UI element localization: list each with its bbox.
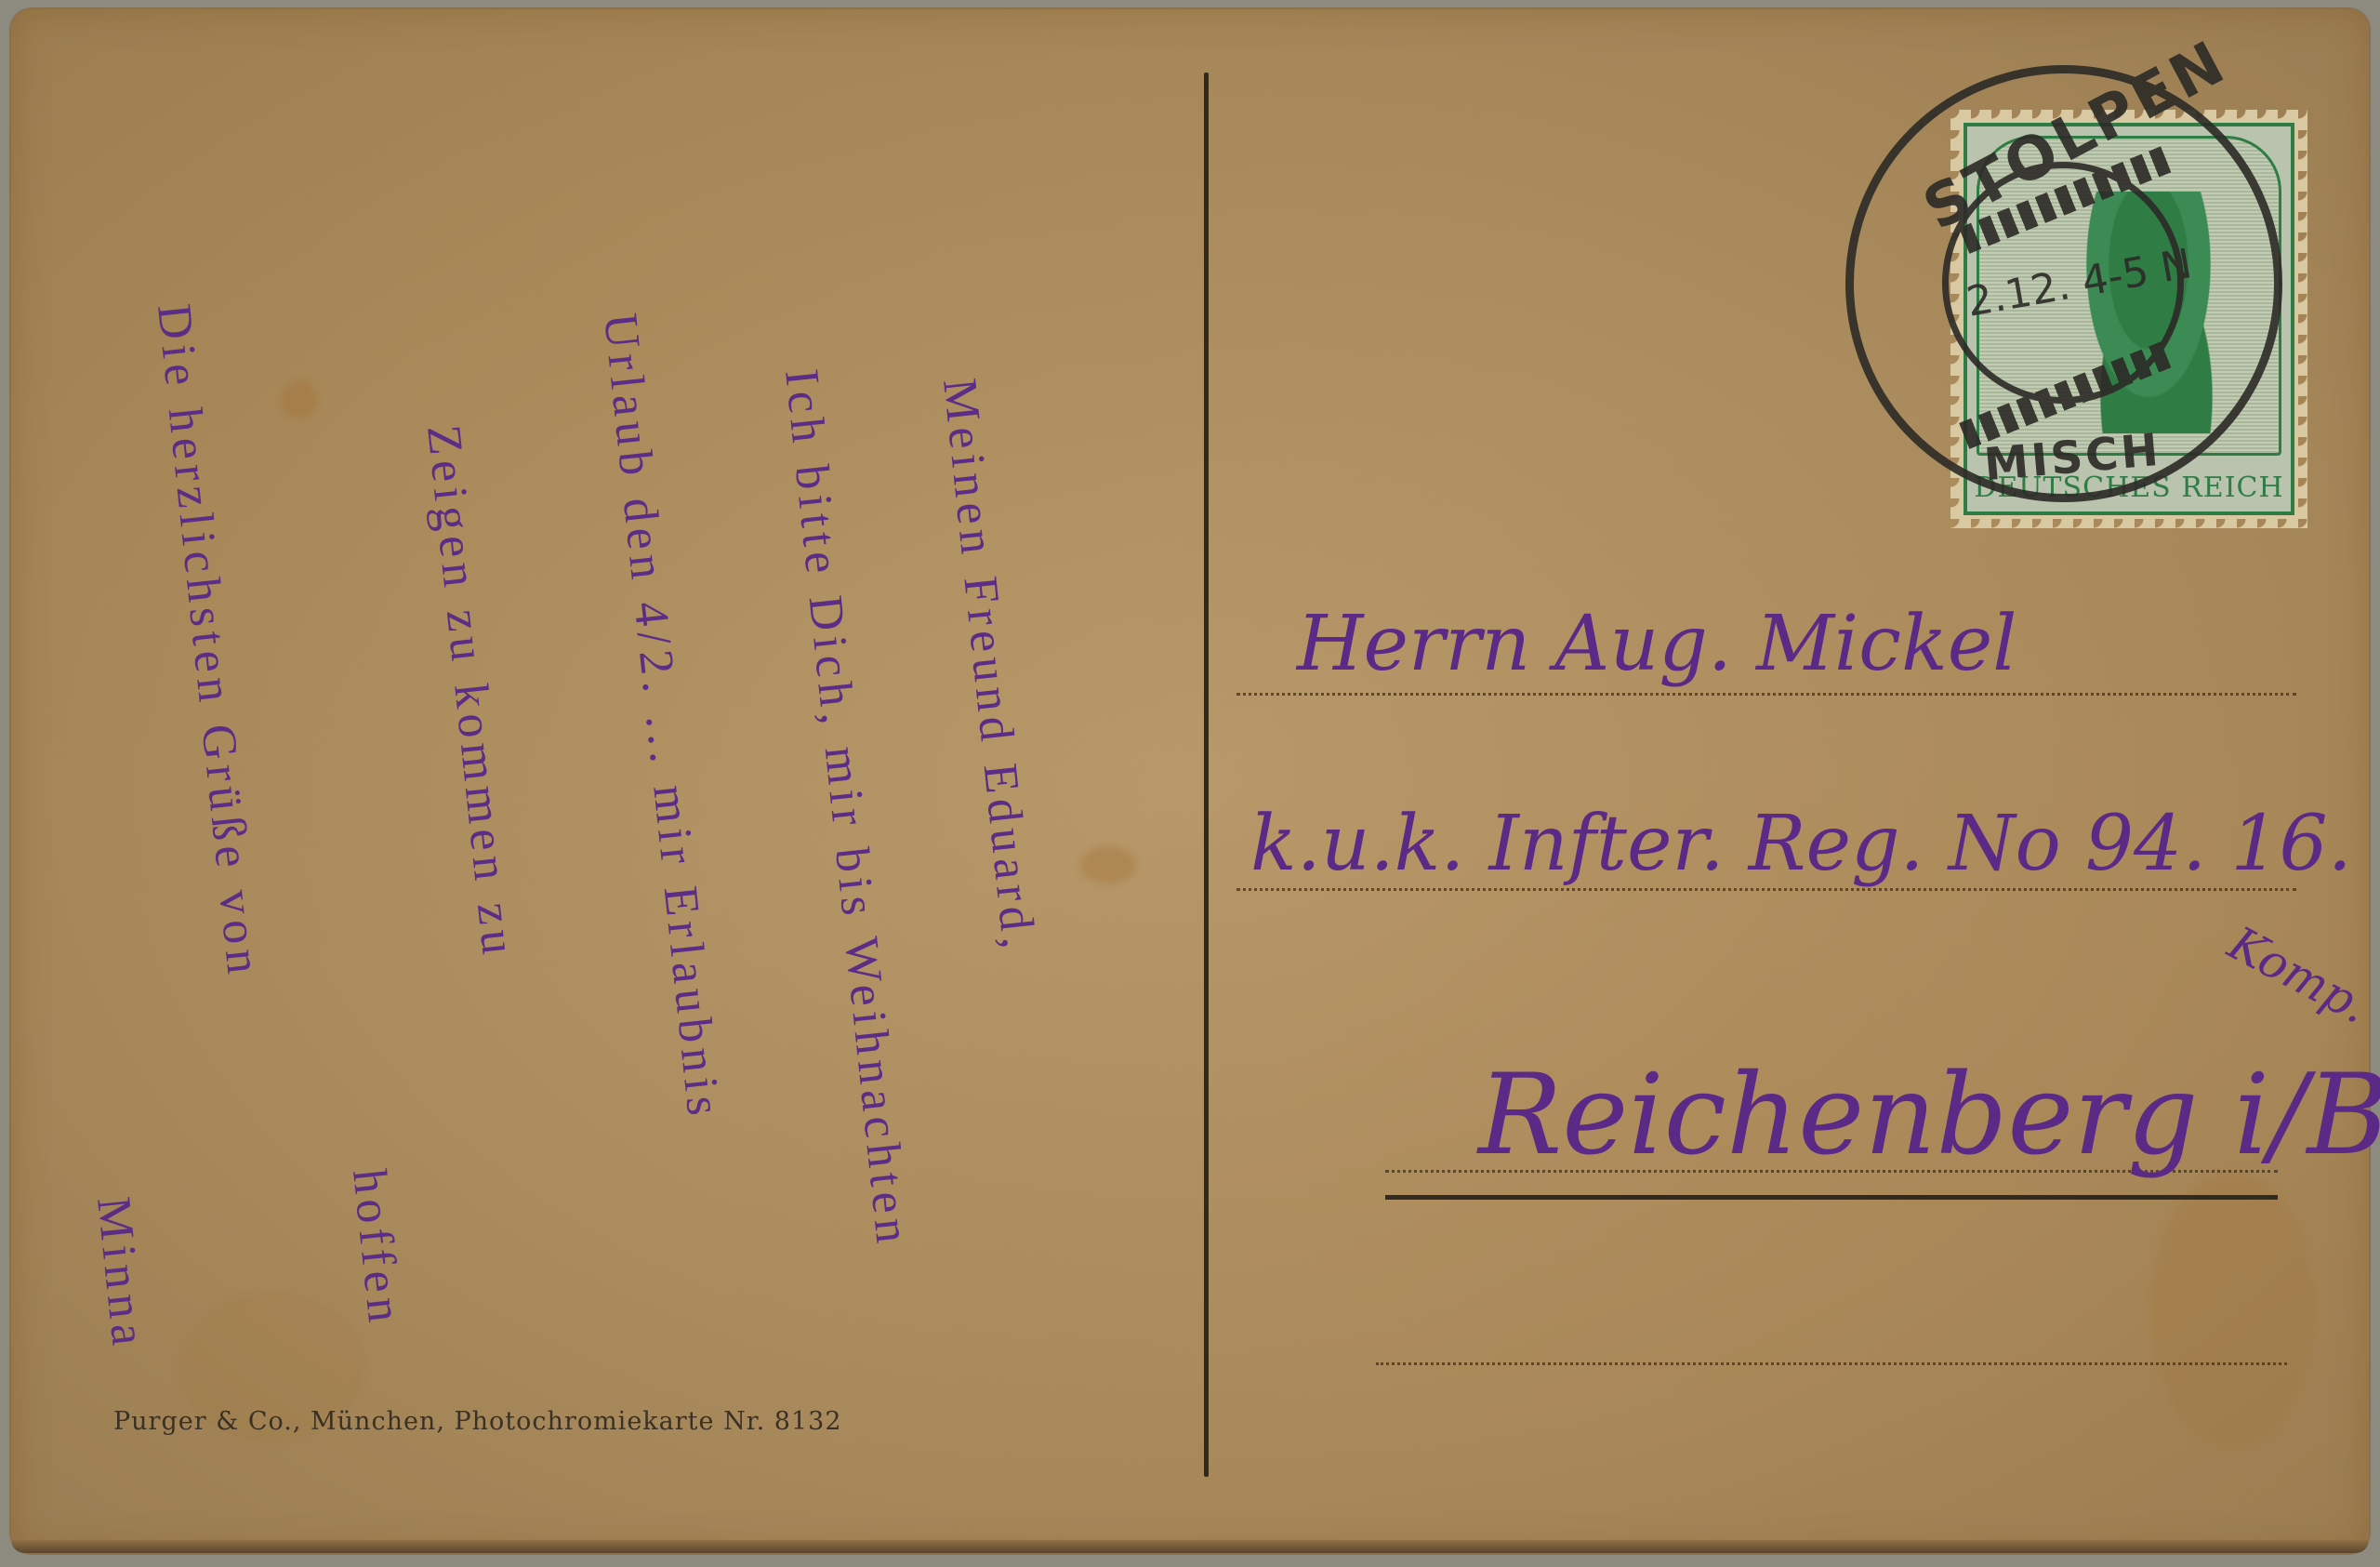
address-line-2-dots <box>1236 888 2296 891</box>
postmark-bottom-text: MISCH <box>1982 424 2163 491</box>
age-stain <box>2149 1172 2317 1451</box>
address-destination-underline <box>1385 1195 2278 1200</box>
age-stain <box>281 381 318 418</box>
address-city: Reichenberg i/B. <box>1478 1051 2380 1180</box>
address-line-1-dots <box>1236 693 2296 696</box>
address-line-4-dots <box>1376 1362 2287 1365</box>
publisher-imprint: Purger & Co., München, Photochromiekarte… <box>113 1407 842 1436</box>
address-regiment: k.u.k. Infter. Reg. No 94. 16. <box>1250 800 2352 888</box>
age-stain <box>1080 846 1136 883</box>
center-divider-line <box>1204 73 1209 1477</box>
postmark-cancellation: STOLPEN 2.12. 4-5 N MISCH <box>1845 65 2282 502</box>
address-recipient: Herrn Aug. Mickel <box>1297 600 2017 688</box>
